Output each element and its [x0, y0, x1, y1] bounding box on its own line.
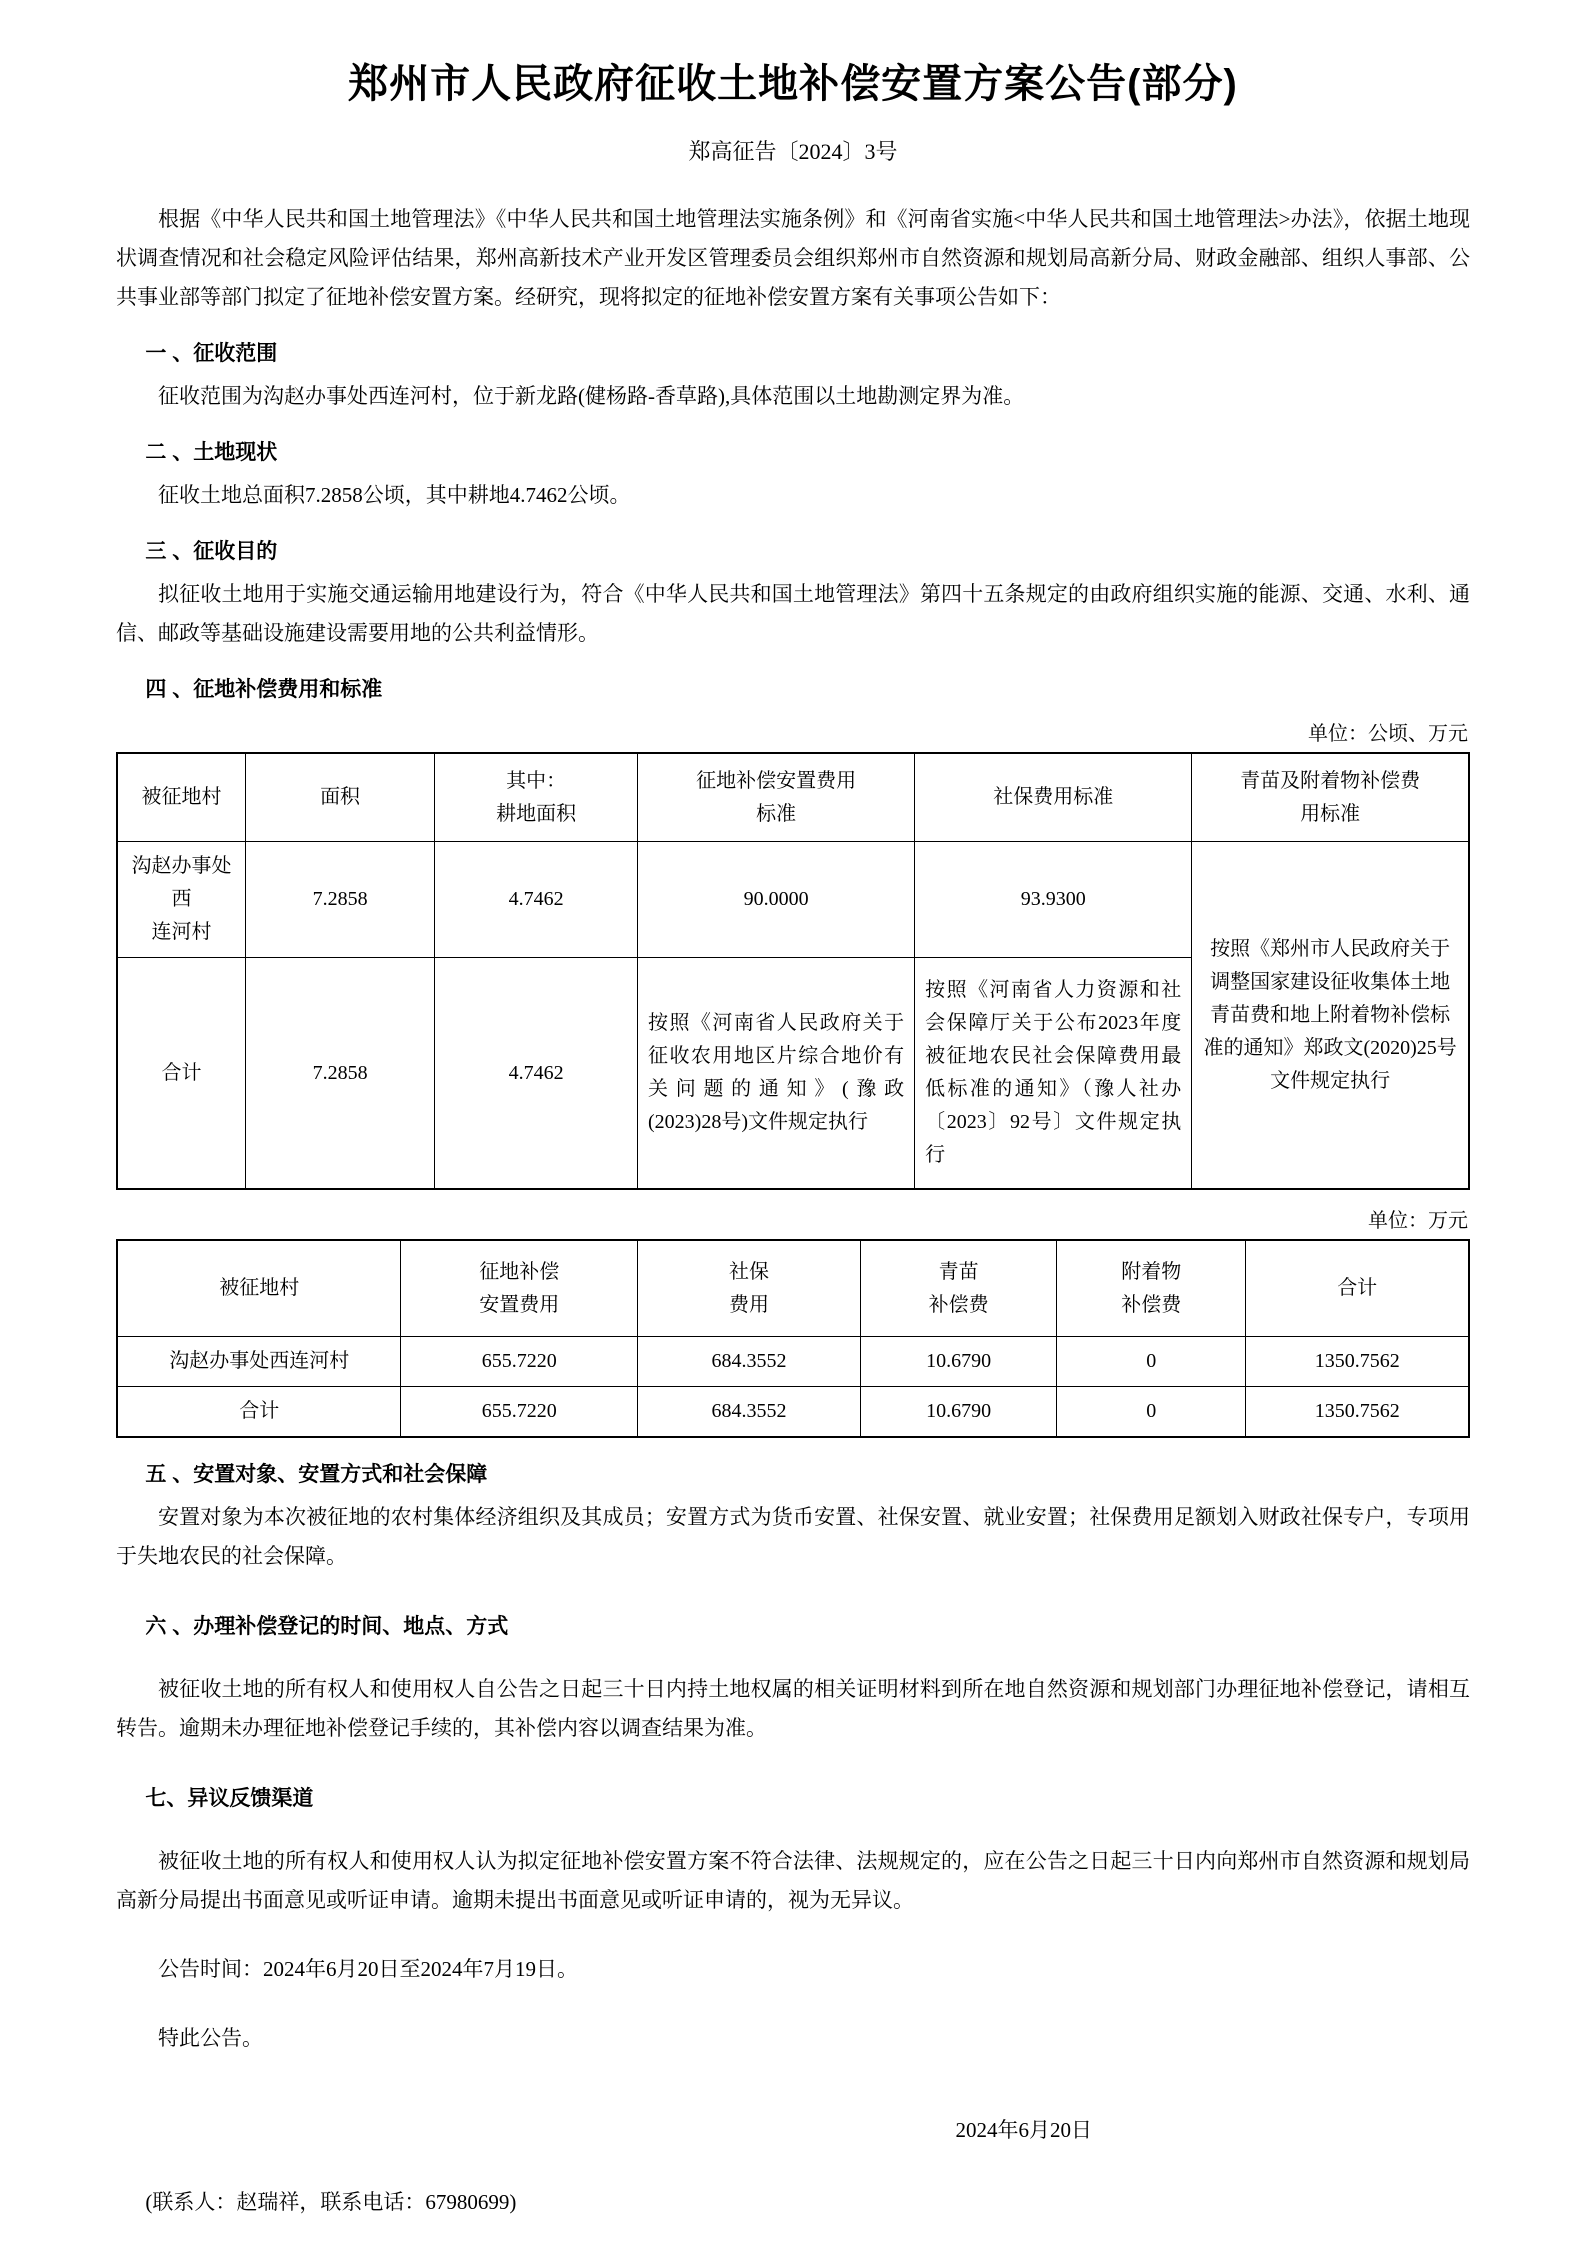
table1-header-seedling-std: 青苗及附着物补偿费 用标准	[1192, 753, 1469, 841]
announcement-page: 郑州市人民政府征收土地补偿安置方案公告(部分) 郑高征告〔2024〕3号 根据《…	[0, 0, 1586, 2256]
table-cell-farmland: 4.7462	[435, 957, 638, 1189]
table-cell-total: 1350.7562	[1246, 1386, 1469, 1437]
table1-header-farmland: 其中： 耕地面积	[435, 753, 638, 841]
table-cell-resettle-std: 90.0000	[638, 841, 915, 957]
table-cell-attachment-fee: 0	[1057, 1386, 1246, 1437]
table1-header-area: 面积	[245, 753, 434, 841]
section-1-body: 征收范围为沟赵办事处西连河村，位于新龙路(健杨路-香草路),具体范围以土地勘测定…	[116, 377, 1470, 416]
table-header-row: 被征地村 面积 其中： 耕地面积 征地补偿安置费用 标准 社保费用标准 青苗及附…	[117, 753, 1469, 841]
table2-header-seedling-fee: 青苗 补偿费	[861, 1240, 1057, 1336]
section-7-heading: 七、异议反馈渠道	[116, 1782, 1470, 1812]
table1-header-resettle-std: 征地补偿安置费用 标准	[638, 753, 915, 841]
table-cell-social-fee: 684.3552	[638, 1386, 861, 1437]
table-cell-farmland: 4.7462	[435, 841, 638, 957]
doc-number: 郑高征告〔2024〕3号	[116, 135, 1470, 166]
section-6-body: 被征收土地的所有权人和使用权人自公告之日起三十日内持土地权属的相关证明材料到所在…	[116, 1670, 1470, 1748]
section-5-body: 安置对象为本次被征地的农村集体经济组织及其成员；安置方式为货币安置、社保安置、就…	[116, 1498, 1470, 1576]
compensation-standards-table: 被征地村 面积 其中： 耕地面积 征地补偿安置费用 标准 社保费用标准 青苗及附…	[116, 752, 1470, 1190]
intro-paragraph: 根据《中华人民共和国土地管理法》《中华人民共和国土地管理法实施条例》和《河南省实…	[116, 200, 1470, 317]
closing-statement: 特此公告。	[116, 2019, 1470, 2058]
table1-unit-label: 单位：公顷、万元	[116, 717, 1468, 746]
table-cell-village: 沟赵办事处西连河村	[117, 1336, 401, 1386]
section-1-heading: 一 、征收范围	[116, 337, 1470, 367]
table-cell-total: 1350.7562	[1246, 1336, 1469, 1386]
table1-header-social-std: 社保费用标准	[915, 753, 1192, 841]
table2-header-village: 被征地村	[117, 1240, 401, 1336]
table2-header-total: 合计	[1246, 1240, 1469, 1336]
table-cell-area: 7.2858	[245, 841, 434, 957]
table-cell-social-fee: 684.3552	[638, 1336, 861, 1386]
section-2-heading: 二 、土地现状	[116, 436, 1470, 466]
section-2-body: 征收土地总面积7.2858公顷，其中耕地4.7462公顷。	[116, 476, 1470, 515]
table-row-total: 合计 655.7220 684.3552 10.6790 0 1350.7562	[117, 1386, 1469, 1437]
table-cell-seedling-fee: 10.6790	[861, 1336, 1057, 1386]
table-cell-resettle-std: 按照《河南省人民政府关于征收农用地区片综合地价有关问题的通知》(豫政(2023)…	[638, 957, 915, 1189]
table2-header-resettle-fee: 征地补偿 安置费用	[401, 1240, 638, 1336]
section-3-body: 拟征收土地用于实施交通运输用地建设行为，符合《中华人民共和国土地管理法》第四十五…	[116, 575, 1470, 653]
section-5-heading: 五 、安置对象、安置方式和社会保障	[116, 1458, 1470, 1488]
contact-info: (联系人：赵瑞祥，联系电话：67980699)	[116, 2186, 1470, 2216]
table-cell-social-std: 93.9300	[915, 841, 1192, 957]
section-4-heading: 四 、征地补偿费用和标准	[116, 673, 1470, 703]
table2-header-social-fee: 社保 费用	[638, 1240, 861, 1336]
table-cell-village: 合计	[117, 957, 245, 1189]
table-cell-seedling-std-merged: 按照《郑州市人民政府关于调整国家建设征收集体土地青苗费和地上附着物补偿标准的通知…	[1192, 841, 1469, 1189]
table1-header-village: 被征地村	[117, 753, 245, 841]
issue-date: 2024年6月20日	[116, 2114, 1470, 2144]
table-row: 沟赵办事处西 连河村 7.2858 4.7462 90.0000 93.9300…	[117, 841, 1469, 957]
table-row: 沟赵办事处西连河村 655.7220 684.3552 10.6790 0 13…	[117, 1336, 1469, 1386]
table-cell-village: 合计	[117, 1386, 401, 1437]
table2-header-attachment-fee: 附着物 补偿费	[1057, 1240, 1246, 1336]
table-cell-village: 沟赵办事处西 连河村	[117, 841, 245, 957]
section-3-heading: 三 、征收目的	[116, 535, 1470, 565]
notice-period: 公告时间：2024年6月20日至2024年7月19日。	[116, 1950, 1470, 1989]
table-cell-area: 7.2858	[245, 957, 434, 1189]
table-cell-social-std: 按照《河南省人力资源和社会保障厅关于公布2023年度被征地农民社会保障费用最低标…	[915, 957, 1192, 1189]
table-cell-resettle-fee: 655.7220	[401, 1386, 638, 1437]
table-header-row: 被征地村 征地补偿 安置费用 社保 费用 青苗 补偿费 附着物 补偿费 合计	[117, 1240, 1469, 1336]
table-cell-resettle-fee: 655.7220	[401, 1336, 638, 1386]
table2-unit-label: 单位：万元	[116, 1204, 1468, 1233]
table-cell-seedling-fee: 10.6790	[861, 1386, 1057, 1437]
table-cell-attachment-fee: 0	[1057, 1336, 1246, 1386]
section-6-heading: 六 、办理补偿登记的时间、地点、方式	[116, 1610, 1470, 1640]
page-title: 郑州市人民政府征收土地补偿安置方案公告(部分)	[116, 52, 1470, 109]
section-7-body: 被征收土地的所有权人和使用权人认为拟定征地补偿安置方案不符合法律、法规规定的，应…	[116, 1842, 1470, 1920]
compensation-summary-table: 被征地村 征地补偿 安置费用 社保 费用 青苗 补偿费 附着物 补偿费 合计 沟…	[116, 1239, 1470, 1438]
